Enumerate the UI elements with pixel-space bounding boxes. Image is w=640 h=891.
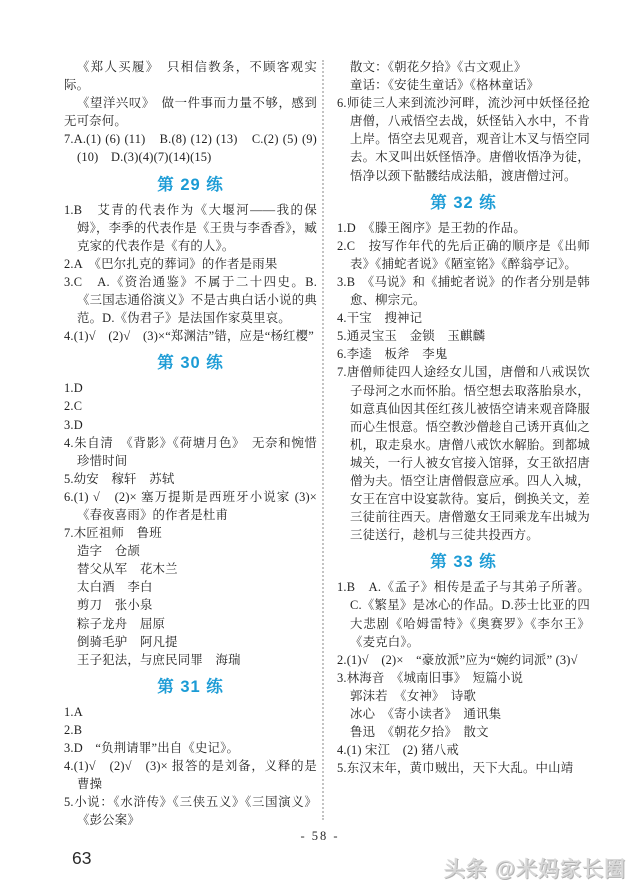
answer-paragraph: 2.B [64,721,317,739]
answer-paragraph: 替父从军 花木兰 [64,560,317,578]
answer-paragraph: 2.C [64,397,317,415]
answer-paragraph: 2.(1)√ (2)× “豪放派”应为“婉约词派” (3)√ [337,651,590,669]
answer-paragraph: 4.朱自清 《背影》《荷塘月色》 无奈和惋惜 珍惜时间 [64,434,317,470]
answer-book-page: 《郑人买履》 只相信教条，不顾客观实际。《望洋兴叹》 做一件事而力量不够，感到无… [0,0,640,891]
answer-paragraph: 3.B 《马说》和《捕蛇者说》的作者分别是韩愈、柳宗元。 [337,273,590,309]
answer-paragraph: 散文：《朝花夕拾》《古文观止》 [337,58,590,76]
print-page-number: - 58 - [0,829,640,844]
answer-paragraph: 7.木匠祖师 鲁班 [64,524,317,542]
section-heading: 第 32 练 [337,193,590,213]
section-heading: 第 31 练 [64,677,317,697]
answer-paragraph: 3.林海音 《城南旧事》 短篇小说 [337,669,590,687]
answer-paragraph: 2.A 《巴尔扎克的葬词》的作者是雨果 [64,255,317,273]
right-column: 散文：《朝花夕拾》《古文观止》童话：《安徒生童话》《格林童话》6.师徒三人来到流… [337,58,590,777]
answer-paragraph: 1.B A.《孟子》相传是孟子与其弟子所著。C.《繁星》是冰心的作品。D.莎士比… [337,578,590,650]
answer-paragraph: 4.(1)√ (2)√ (3)× 报答的是刘备，义释的是曹操 [64,757,317,793]
section-heading: 第 29 练 [64,175,317,195]
left-column: 《郑人买履》 只相信教条，不顾客观实际。《望洋兴叹》 做一件事而力量不够，感到无… [64,58,317,829]
answer-paragraph: 童话：《安徒生童话》《格林童话》 [337,76,590,94]
answer-paragraph: 2.C 按写作年代的先后正确的顺序是《出师表》《捕蛇者说》《陋室铭》《醉翁亭记》… [337,237,590,273]
answer-paragraph: 1.B 艾青的代表作为《大堰河——我的保姆》，李季的代表作是《王贵与李香香》，臧… [64,201,317,255]
answer-paragraph: 4.干宝 搜神记 [337,309,590,327]
answer-paragraph: 5.东汉末年，黄巾贼出，天下大乱。中山靖 [337,759,590,777]
answer-paragraph: 造字 仓颉 [64,542,317,560]
answer-paragraph: 《望洋兴叹》 做一件事而力量不够，感到无可奈何。 [64,94,317,130]
answer-paragraph: 4.(1) 宋江 (2) 猪八戒 [337,741,590,759]
section-heading: 第 30 练 [64,353,317,373]
answer-paragraph: 7.A.(1) (6) (11) B.(8) (12) (13) C.(2) (… [64,130,317,166]
answer-paragraph: 5.小说：《水浒传》《三侠五义》《三国演义》《彭公案》 [64,793,317,829]
answer-paragraph: 6.(1) √ (2)× 塞万提斯是西班牙小说家 (3)× 《春夜喜雨》的作者是… [64,488,317,524]
answer-paragraph: 剪刀 张小泉 [64,596,317,614]
answer-paragraph: 冰心 《寄小读者》 通讯集 [337,705,590,723]
answer-paragraph: 7.唐僧师徒四人途经女儿国，唐僧和八戒误饮子母河之水而怀胎。悟空想去取落胎泉水，… [337,363,590,544]
answer-paragraph: 倒骑毛驴 阿凡提 [64,633,317,651]
answer-paragraph: 3.D “负荆请罪”出自《史记》。 [64,739,317,757]
answer-paragraph: 1.D [64,379,317,397]
answer-paragraph: 《郑人买履》 只相信教条，不顾客观实际。 [64,58,317,94]
answer-paragraph: 郭沫若 《女神》 诗歌 [337,687,590,705]
answer-paragraph: 粽子龙舟 屈原 [64,615,317,633]
answer-paragraph: 1.A [64,703,317,721]
column-divider [322,60,324,820]
answer-paragraph: 5.通灵宝玉 金锁 玉麒麟 [337,327,590,345]
watermark: 头条 @米妈家长圈 [444,853,626,883]
answer-paragraph: 4.(1)√ (2)√ (3)×“郑渊洁”错，应是“杨红樱” [64,327,317,345]
book-page-number: 63 [72,848,91,869]
answer-paragraph: 王子犯法，与庶民同罪 海瑞 [64,651,317,669]
answer-paragraph: 5.幼安 稼轩 苏轼 [64,470,317,488]
answer-paragraph: 6.师徒三人来到流沙河畔，流沙河中妖怪径抢唐僧，八戒悟空去战，妖怪钻入水中，不肯… [337,94,590,184]
section-heading: 第 33 练 [337,552,590,572]
answer-paragraph: 鲁迅 《朝花夕拾》 散文 [337,723,590,741]
answer-paragraph: 3.D [64,416,317,434]
answer-paragraph: 太白酒 李白 [64,578,317,596]
answer-paragraph: 6.李逵 板斧 李鬼 [337,345,590,363]
answer-paragraph: 3.C A.《资治通鉴》不属于二十四史。B.《三国志通俗演义》不是古典白话小说的… [64,273,317,327]
answer-paragraph: 1.D 《滕王阁序》是王勃的作品。 [337,219,590,237]
